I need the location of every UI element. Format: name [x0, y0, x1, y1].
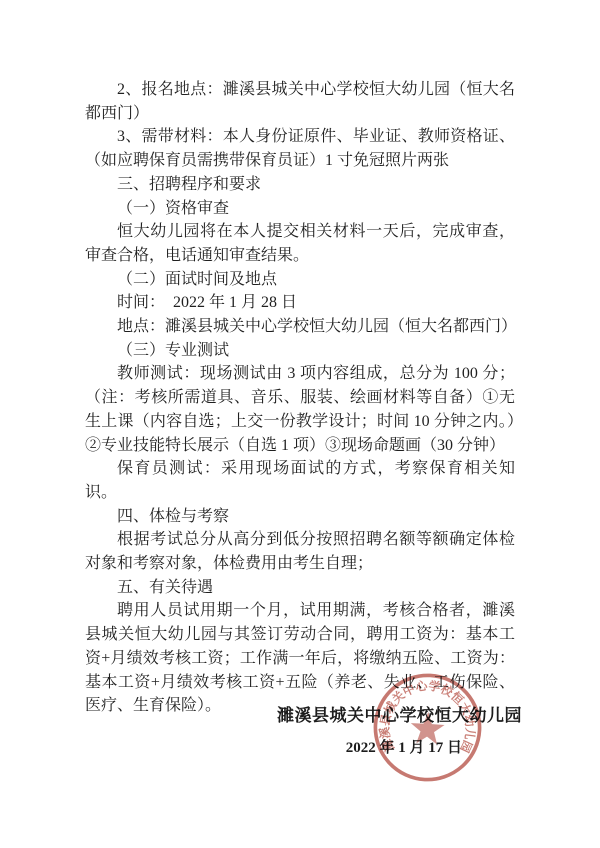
paragraph: （三）专业测试 — [85, 339, 515, 363]
paragraph: 三、招聘程序和要求 — [85, 173, 515, 197]
paragraph: 2、报名地点：濉溪县城关中心学校恒大幼儿园（恒大名都西门） — [85, 78, 515, 125]
paragraph: 恒大幼儿园将在本人提交相关材料一天后，完成审查，审查合格，电话通知审查结果。 — [85, 220, 515, 267]
document-page: 2、报名地点：濉溪县城关中心学校恒大幼儿园（恒大名都西门）3、需带材料：本人身份… — [0, 0, 600, 848]
paragraph: 3、需带材料：本人身份证原件、毕业证、教师资格证、（如应聘保育员需携带保育员证）… — [85, 125, 515, 172]
paragraph: 根据考试总分从高分到低分按照招聘名额等额确定体检对象和考察对象，体检费用由考生自… — [85, 528, 515, 575]
document-body: 2、报名地点：濉溪县城关中心学校恒大幼儿园（恒大名都西门）3、需带材料：本人身份… — [85, 78, 515, 718]
paragraph: 保育员测试：采用现场面试的方式，考察保育相关知识。 — [85, 457, 515, 504]
paragraph: 地点：濉溪县城关中心学校恒大幼儿园（恒大名都西门） — [85, 315, 515, 339]
paragraph: 时间： 2022 年 1 月 28 日 — [85, 291, 515, 315]
star-icon — [410, 711, 445, 745]
paragraph: 教师测试：现场测试由 3 项内容组成，总分为 100 分；（注：考核所需道具、音… — [85, 362, 515, 457]
paragraph: （二）面试时间及地点 — [85, 268, 515, 292]
paragraph: （一）资格审查 — [85, 197, 515, 221]
paragraph: 四、体检与考察 — [85, 505, 515, 529]
paragraph: 五、有关待遇 — [85, 576, 515, 600]
official-seal: 濉溪县城关中心学校恒大幼儿园 — [362, 662, 493, 793]
